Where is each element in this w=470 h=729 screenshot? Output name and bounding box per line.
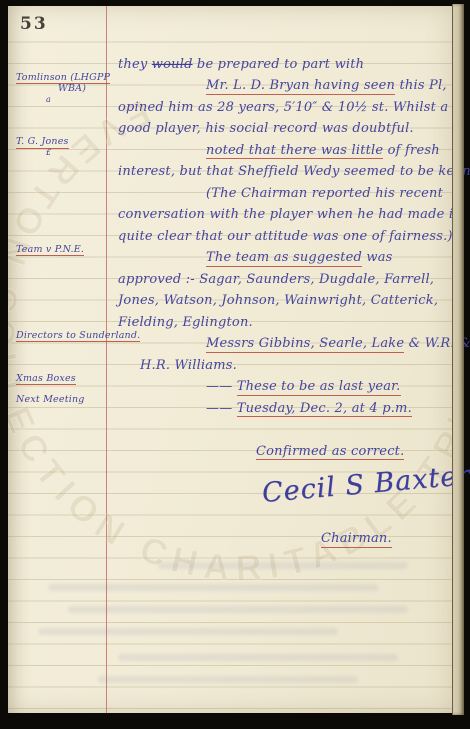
manuscript-text: —— These to be as last year. [106,379,446,394]
manuscript-text: noted that there was little of fresh [106,143,446,158]
confirmed-line: Confirmed as correct. [8,437,446,459]
xmas-boxes-line: Xmas Boxes—— These to be as last year. [8,373,446,395]
margin-note-text: a [46,94,106,105]
bleedthrough-smudge [118,654,398,661]
manuscript-text: Jones, Watson, Johnson, Wainwright, Catt… [106,293,446,308]
margin-note-text: Directors to Sunderland. [16,330,106,341]
bleedthrough-smudge [48,584,378,591]
margin-note-text: Next Meeting [16,394,106,405]
manuscript-text: Messrs Gibbins, Searle, Lake & W.R. & [106,336,470,351]
manuscript-text: approved :- Sagar, Saunders, Dugdale, Fa… [106,272,446,287]
margin-note-text: T. G. Jones [16,136,106,147]
manuscript-text: Cecil S Baxter [111,460,470,522]
directors-heading-line: Directors to Sunderland.Messrs Gibbins, … [8,330,446,352]
margin-note: Next Meeting [8,394,106,405]
manuscript-text: —— Tuesday, Dec. 2, at 4 p.m. [106,401,446,416]
manuscript-text: opined him as 28 years, 5′10″ & 10½ st. … [106,100,448,115]
paper-sheet: 53 EVERTON COLLECTION CHARITABLE TRUST t… [8,6,452,713]
manuscript-line: interest, but that Sheffield Wedy seemed… [8,158,446,180]
margin-note-text: Tomlinson (LHGPP [16,72,106,83]
manuscript-text: Chairman. [106,531,446,546]
margin-note: T. G. Jones£ [8,136,106,158]
manuscript-text: (The Chairman reported his recent [106,186,446,201]
margin-note: Tomlinson (LHGPPWBA)a [8,72,106,105]
jones-heading-line: T. G. Jones£noted that there was little … [8,136,446,158]
manuscript-line: quite clear that our attitude was one of… [8,222,446,244]
margin-note: Team v P.N.E. [8,244,106,255]
manuscript-text: The team as suggested was [106,250,446,265]
manuscript-line: approved :- Sagar, Saunders, Dugdale, Fa… [8,265,446,287]
manuscript-line [8,416,446,438]
manuscript-text: conversation with the player when he had… [106,207,459,222]
bleedthrough-smudge [98,676,358,683]
scanned-minute-book-page: 53 EVERTON COLLECTION CHARITABLE TRUST t… [0,0,470,729]
signature-line: Cecil S Baxter [8,459,446,525]
team-heading-line: Team v P.N.E.The team as suggested was [8,244,446,266]
bleedthrough-smudge [38,628,338,635]
manuscript-line: Jones, Watson, Johnson, Wainwright, Catt… [8,287,446,309]
book-page-edges [452,4,464,715]
manuscript-line: H.R. Williams. [8,351,446,373]
manuscript-text: Fielding, Eglington. [106,315,446,330]
manuscript-line: Fielding, Eglington. [8,308,446,330]
tomlinson-heading-line: Tomlinson (LHGPPWBA)aMr. L. D. Bryan hav… [8,72,446,94]
manuscript-text: H.R. Williams. [106,358,446,373]
margin-note: Xmas Boxes [8,373,106,384]
margin-note-text: WBA) [58,83,106,94]
manuscript-text: Confirmed as correct. [106,444,446,459]
manuscript-line: good player, his social record was doubt… [8,115,446,137]
manuscript-line: (The Chairman reported his recent [8,179,446,201]
margin-note: Directors to Sunderland. [8,330,106,341]
manuscript-text: interest, but that Sheffield Wedy seemed… [106,164,470,179]
manuscript-text: good player, his social record was doubt… [106,121,446,136]
manuscript-line: conversation with the player when he had… [8,201,446,223]
bleedthrough-smudge [68,606,408,613]
margin-note-text: Team v P.N.E. [16,244,106,255]
bleedthrough-smudge [158,562,408,569]
manuscript-text: Mr. L. D. Bryan having seen this Pl, [106,78,447,93]
page-number: 53 [20,14,48,34]
chairman-line: Chairman. [8,525,446,547]
opening-line: they would be prepared to part with [8,50,446,72]
margin-note-text: Xmas Boxes [16,373,106,384]
next-meeting-line: Next Meeting—— Tuesday, Dec. 2, at 4 p.m… [8,394,446,416]
manuscript-text: they would be prepared to part with [106,57,446,72]
margin-note-text: £ [46,147,106,158]
manuscript-text: quite clear that our attitude was one of… [106,229,453,244]
manuscript-body: they would be prepared to part withTomli… [8,50,446,546]
